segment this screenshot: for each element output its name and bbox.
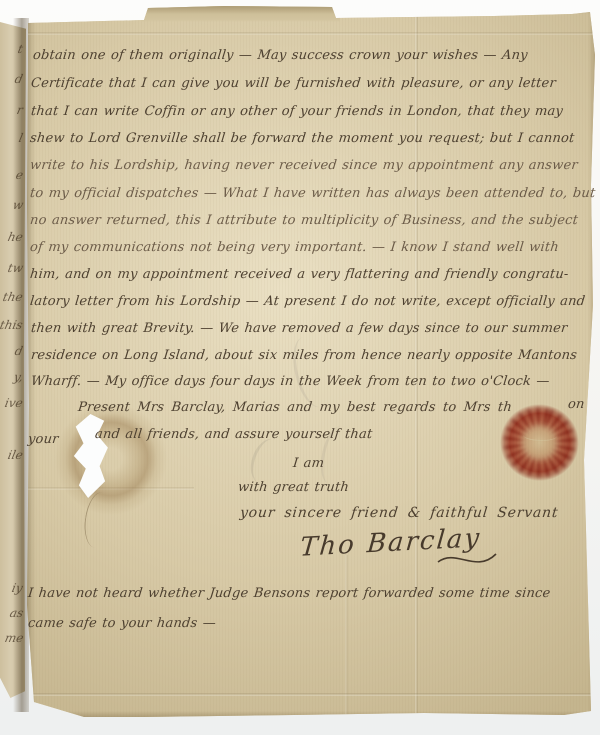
postscript-line: came safe to your hands — <box>27 616 217 631</box>
postscript-line: I have not heard whether Judge Bensons r… <box>27 586 551 601</box>
scanned-letter: t d r l e w he tw the this d y, ive ile … <box>0 0 600 735</box>
body-line: him, and on my appointment received a ve… <box>29 267 569 282</box>
body-line: residence on Long Island, about six mile… <box>30 348 578 363</box>
closing-line: with great truth <box>237 480 350 495</box>
body-line: Present Mrs Barclay, Marias and my best … <box>77 400 512 415</box>
body-line: obtain one of them originally — May succ… <box>32 48 528 63</box>
body-line: Wharff. — My office days four days in th… <box>30 374 550 389</box>
seal-ghost-writing <box>523 429 557 441</box>
letter-text: obtain one of them originally — May succ… <box>0 0 600 735</box>
body-line: then with great Brevity. — We have remov… <box>30 321 568 336</box>
body-line: of my communications not being very impo… <box>29 240 559 255</box>
body-line: shew to Lord Grenville shall be forward … <box>29 131 575 146</box>
closing-line: I am <box>292 456 325 471</box>
body-line: Certificate that I can give you will be … <box>30 76 556 91</box>
body-line: write to his Lordship, having never rece… <box>29 158 578 173</box>
signature-flourish <box>436 546 498 572</box>
body-line: that I can write Coffin or any other of … <box>30 104 564 119</box>
torn-line-rest: and all friends, and assure yourself tha… <box>94 427 373 442</box>
body-line: no answer returned, this I attribute to … <box>29 213 579 228</box>
line-tail: on <box>567 397 585 412</box>
body-line: latory letter from his Lordship — At pre… <box>29 294 586 309</box>
closing-line: your sincere friend & faithful Servant <box>239 505 559 521</box>
torn-line-prefix: your <box>27 432 59 447</box>
body-line: to my official dispatches — What I have … <box>29 186 596 201</box>
